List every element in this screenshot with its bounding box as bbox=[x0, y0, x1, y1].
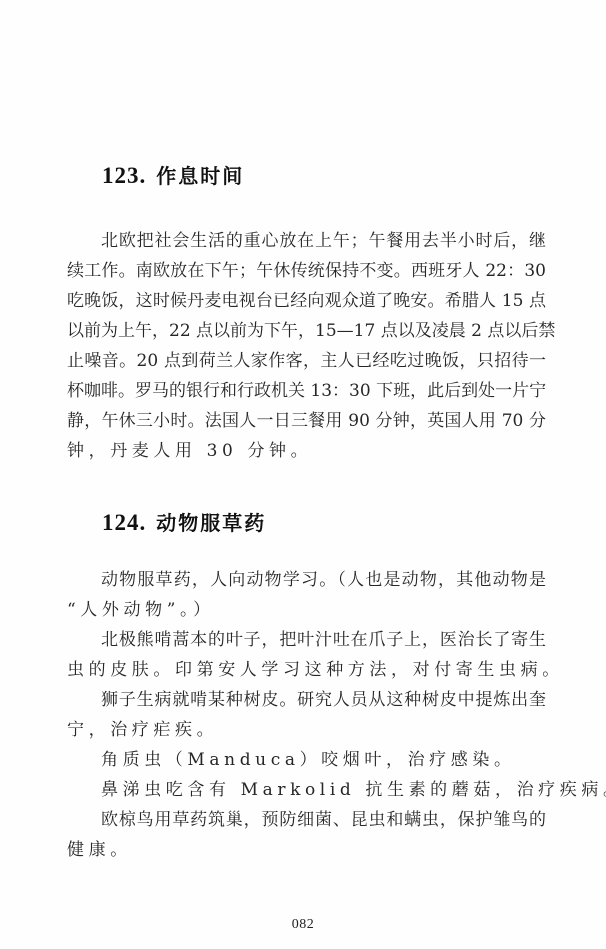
paragraph-line: 吃晚饭，这时候丹麦电视台已经向观众道了晚安。希腊人 15 点 bbox=[67, 288, 546, 314]
paragraph-line: “人外动物”。） bbox=[67, 597, 546, 623]
paragraph-line: 角质虫（Manduca）咬烟叶，治疗感染。 bbox=[101, 747, 546, 773]
section-heading: 123.作息时间 bbox=[102, 160, 244, 189]
paragraph-line: 静，午休三小时。法国人一日三餐用 90 分钟，英国人用 70 分 bbox=[67, 408, 546, 434]
section-title: 作息时间 bbox=[156, 164, 244, 188]
paragraph-line: 北欧把社会生活的重心放在上午；午餐用去半小时后，继 bbox=[101, 228, 546, 254]
section-number: 124. bbox=[102, 510, 146, 535]
paragraph-line: 虫的皮肤。印第安人学习这种方法，对付寄生虫病。 bbox=[67, 657, 546, 683]
paragraph-line: 止噪音。20 点到荷兰人家作客，主人已经吃过晚饭，只招待一 bbox=[67, 348, 546, 374]
page-number: 082 bbox=[0, 917, 606, 933]
paragraph-line: 续工作。南欧放在下午；午休传统保持不变。西班牙人 22：30 bbox=[67, 258, 546, 284]
paragraph-line: 北极熊啃蒿本的叶子，把叶汁吐在爪子上，医治长了寄生 bbox=[101, 627, 546, 653]
paragraph-line: 宁，治疗疟疾。 bbox=[67, 717, 546, 743]
paragraph-line: 钟，丹麦人用 30 分钟。 bbox=[67, 438, 546, 464]
section-heading: 124.动物服草药 bbox=[102, 507, 266, 536]
paragraph-line: 以前为上午，22 点以前为下午，15—17 点以及凌晨 2 点以后禁 bbox=[67, 318, 546, 344]
paragraph-line: 健康。 bbox=[67, 837, 546, 863]
section-title: 动物服草药 bbox=[156, 511, 266, 535]
paragraph-line: 鼻涕虫吃含有 Markolid 抗生素的蘑菇，治疗疾病。 bbox=[101, 777, 546, 803]
section-number: 123. bbox=[102, 163, 146, 188]
paragraph-line: 狮子生病就啃某种树皮。研究人员从这种树皮中提炼出奎 bbox=[101, 687, 546, 713]
paragraph-line: 欧椋鸟用草药筑巢，预防细菌、昆虫和螨虫，保护雏鸟的 bbox=[101, 807, 546, 833]
book-page: 123.作息时间 北欧把社会生活的重心放在上午；午餐用去半小时后，继 续工作。南… bbox=[0, 0, 606, 949]
paragraph-line: 动物服草药，人向动物学习。（人也是动物，其他动物是 bbox=[101, 567, 546, 593]
paragraph-line: 杯咖啡。罗马的银行和行政机关 13：30 下班，此后到处一片宁 bbox=[67, 378, 546, 404]
